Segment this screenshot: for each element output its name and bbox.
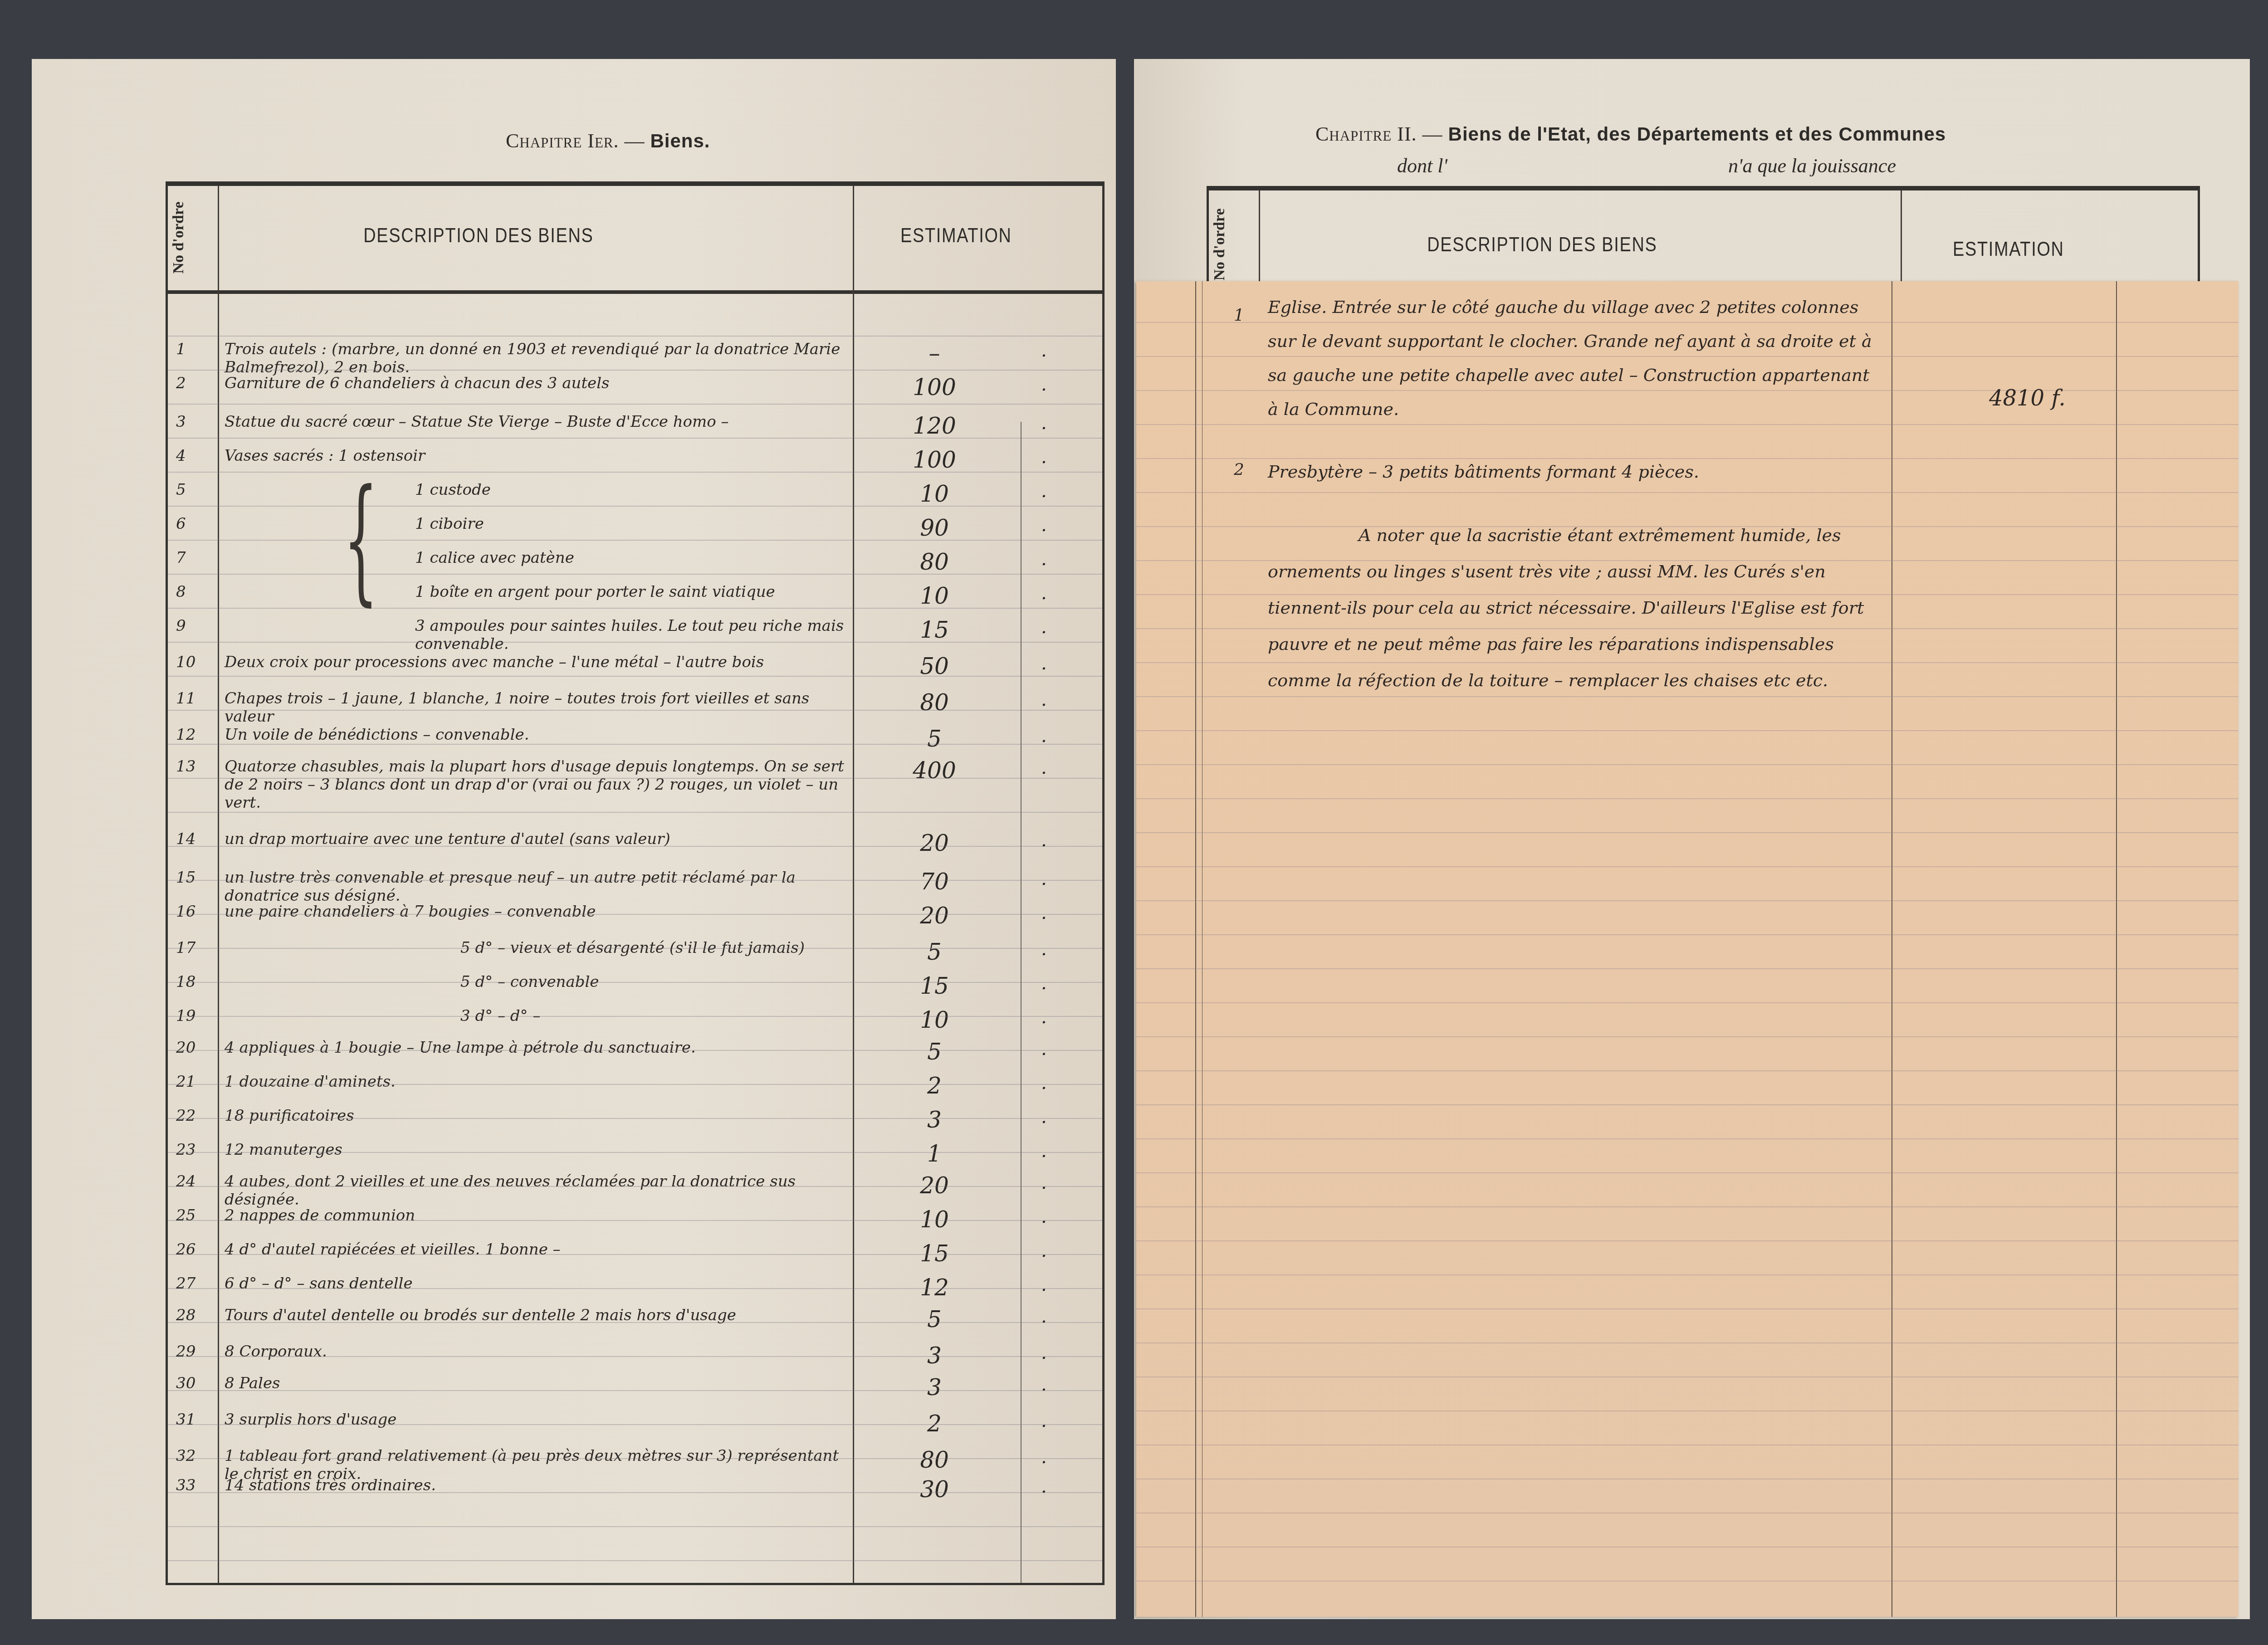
ruling-line [168,1458,1102,1459]
brace-mark: { [343,472,378,608]
ruling-line [168,1016,1102,1017]
ruling-line [168,1152,1102,1153]
ruling-line [168,982,1102,983]
ruling-line [168,676,1102,677]
row-description: un drap mortuaire avec une tenture d'aut… [225,830,846,848]
row-estimation: – [875,340,993,366]
row-estimation: 10 [875,583,993,609]
row-estimation: 15 [875,1240,993,1267]
ruling-line [168,1186,1102,1187]
row-cents-mark: . [1041,1476,1047,1497]
ruling-line [1136,866,2239,867]
left-page: Chapitre Ier. — Biens. No d'ordre DESCRI… [32,59,1116,1619]
sheet-row-2-number: 2 [1234,460,1244,479]
row-number: 31 [176,1411,196,1429]
row-cents-mark: . [1041,757,1047,778]
row-description: 8 Pales [225,1374,846,1392]
row-estimation: 10 [875,1007,993,1033]
row-cents-mark: . [1041,1306,1047,1327]
row-cents-mark: . [1041,340,1047,361]
ruling-line [168,1084,1102,1085]
row-number: 27 [176,1274,196,1293]
row-estimation: 15 [875,617,993,643]
ruling-line [168,846,1102,847]
ruling-line [168,1118,1102,1119]
row-cents-mark: . [1041,617,1047,638]
row-description: Deux croix pour processions avec manche … [225,653,846,671]
row-description: Vases sacrés : 1 ostensoir [225,447,846,465]
row-estimation: 90 [875,515,993,541]
row-cents-mark: . [1041,1073,1047,1093]
row-number: 13 [176,757,196,776]
ruling-line [1136,1445,2239,1445]
row-description: 4 appliques à 1 bougie – Une lampe à pét… [225,1039,846,1057]
ruling-line [1136,492,2239,493]
row-number: 24 [176,1172,196,1191]
row-cents-mark: . [1041,374,1047,395]
ruling-line [1136,1377,2239,1377]
row-description: 2 nappes de communion [225,1206,846,1225]
row-number: 2 [176,374,186,392]
ruling-line [168,1220,1102,1221]
row-cents-mark: . [1041,869,1047,889]
row-description: une paire chandeliers à 7 bougies – conv… [225,903,846,921]
ruling-line [168,1322,1102,1323]
ruling-line [168,1424,1102,1425]
row-cents-mark: . [1041,1007,1047,1028]
row-cents-mark: . [1041,1411,1047,1431]
table-header: No d'ordre DESCRIPTION DES BIENS ESTIMAT… [168,186,1102,294]
header-estimation: ESTIMATION [1953,238,2064,261]
sheet-row-1-description: Eglise. Entrée sur le côté gauche du vil… [1268,290,1885,426]
chapter-1-prefix: Chapitre Ier. — [506,130,645,152]
row-number: 28 [176,1306,196,1324]
row-description: Quatorze chasubles, mais la plupart hors… [225,757,846,812]
column-divider [853,186,854,1583]
row-number: 14 [176,830,196,848]
row-number: 15 [176,869,196,887]
sheet-row-1-number: 1 [1234,306,1244,325]
row-estimation: 10 [875,1206,993,1233]
row-estimation: 20 [875,1172,993,1199]
ruling-line [1136,968,2239,969]
row-number: 29 [176,1342,196,1361]
header-number: No d'ordre [170,202,187,274]
ruling-line [168,914,1102,915]
row-number: 23 [176,1141,196,1159]
row-cents-mark: . [1041,1274,1047,1295]
row-description: 8 Corporaux. [225,1342,846,1361]
row-cents-mark: . [1041,413,1047,434]
row-cents-mark: . [1041,1374,1047,1395]
chapter-1-heading: Biens. [650,130,710,151]
row-estimation: 5 [875,1306,993,1333]
row-description: 1 boîte en argent pour porter le saint v… [415,583,846,601]
row-description: 4 d° d'autel rapiécées et vieilles. 1 bo… [225,1240,846,1259]
ruling-line [1136,934,2239,935]
row-number: 20 [176,1039,196,1057]
row-cents-mark: . [1041,1039,1047,1059]
subtitle-right: n'a que la jouissance [1728,154,1896,177]
row-cents-mark: . [1041,1172,1047,1193]
row-description: Garniture de 6 chandeliers à chacun des … [225,374,846,392]
ruling-line [1136,1513,2239,1513]
ruling-line [168,1390,1102,1391]
ruling-line [168,1560,1102,1561]
row-cents-mark: . [1041,549,1047,570]
row-cents-mark: . [1041,653,1047,674]
row-estimation: 5 [875,1039,993,1065]
row-estimation: 3 [875,1342,993,1369]
row-estimation: 20 [875,903,993,929]
row-estimation: 70 [875,869,993,895]
row-estimation: 100 [875,447,993,473]
row-description: Trois autels : (marbre, un donné en 1903… [225,340,846,376]
row-number: 22 [176,1107,196,1125]
row-cents-mark: . [1041,481,1047,502]
header-description: DESCRIPTION DES BIENS [1427,234,1657,256]
row-description: 3 ampoules pour saintes huiles. Le tout … [415,617,846,653]
row-estimation: 15 [875,973,993,999]
chapter-2-prefix: Chapitre II. — [1315,123,1443,145]
ruling-line [1136,1274,2239,1275]
row-estimation: 20 [875,830,993,856]
row-cents-mark: . [1041,973,1047,994]
sheet-row-2-description: Presbytère – 3 petits bâtiments formant … [1268,454,1885,490]
row-number: 1 [176,340,186,358]
column-divider [218,186,219,1583]
ruling-line [1136,1002,2239,1003]
row-cents-mark: . [1041,1447,1047,1468]
row-description: 18 purificatoires [225,1107,846,1125]
row-cents-mark: . [1041,689,1047,710]
ruling-line [168,370,1102,371]
ruling-line [168,404,1102,405]
column-divider [1021,422,1022,1583]
ruling-line [1136,1342,2239,1343]
ruling-line [168,710,1102,711]
row-description: 12 manuterges [225,1141,846,1159]
row-cents-mark: . [1041,939,1047,960]
row-estimation: 10 [875,481,993,507]
biens-table: No d'ordre DESCRIPTION DES BIENS ESTIMAT… [166,181,1105,1585]
row-estimation: 120 [875,413,993,439]
row-description: 1 custode [415,481,846,499]
row-description: 4 aubes, dont 2 vieilles et une des neuv… [225,1172,846,1209]
row-estimation: 100 [875,374,993,400]
row-number: 26 [176,1240,196,1259]
ruling-line [168,812,1102,813]
ruling-line [1136,1308,2239,1309]
chapter-2-title: Chapitre II. — Biens de l'Etat, des Dépa… [1315,122,1946,146]
ruling-line [168,1526,1102,1527]
ruling-line [1136,1581,2239,1582]
subtitle-left: dont l' [1397,154,1447,177]
row-description: 1 douzaine d'aminets. [225,1073,846,1091]
row-number: 16 [176,903,196,921]
attached-sheet: 1 Eglise. Entrée sur le côté gauche du v… [1136,281,2239,1617]
row-estimation: 2 [875,1073,993,1099]
ruling-line [1136,1036,2239,1037]
header-estimation: ESTIMATION [900,225,1012,247]
row-description: 14 stations très ordinaires. [225,1476,846,1494]
ruling-line [1136,832,2239,833]
ruling-line [168,744,1102,745]
row-estimation: 30 [875,1476,993,1503]
row-estimation: 80 [875,689,993,716]
row-description: un lustre très convenable et presque neu… [225,869,846,905]
ruling-line [1136,1411,2239,1411]
ruling-line [1136,900,2239,901]
row-number: 25 [176,1206,196,1225]
row-estimation: 3 [875,1374,993,1401]
row-estimation: 1 [875,1141,993,1167]
row-number: 10 [176,653,196,671]
row-estimation: 400 [875,757,993,784]
row-cents-mark: . [1041,515,1047,536]
row-description: 1 ciboire [415,515,846,533]
ruling-line [168,336,1102,337]
ruling-line [168,948,1102,949]
row-estimation: 5 [875,939,993,965]
ruling-line [1136,798,2239,799]
row-estimation: 2 [875,1411,993,1437]
row-estimation: 80 [875,1447,993,1473]
row-cents-mark: . [1041,1141,1047,1162]
ruling-line [168,1288,1102,1289]
row-cents-mark: . [1041,830,1047,851]
row-number: 21 [176,1073,196,1091]
row-number: 12 [176,726,196,744]
row-description: Chapes trois – 1 jaune, 1 blanche, 1 noi… [225,689,846,726]
sheet-margin-line [1202,281,1202,1617]
row-number: 4 [176,447,186,465]
ruling-line [168,608,1102,609]
header-description: DESCRIPTION DES BIENS [363,225,593,247]
ruling-line [168,574,1102,575]
ruling-line [168,1050,1102,1051]
row-cents-mark: . [1041,447,1047,468]
row-estimation: 12 [875,1274,993,1301]
row-estimation: 80 [875,549,993,575]
row-cents-mark: . [1041,583,1047,604]
row-cents-mark: . [1041,1342,1047,1363]
ruling-line [168,642,1102,643]
ruling-line [1136,1240,2239,1241]
row-description: Un voile de bénédictions – convenable. [225,726,846,744]
ruling-line [168,1254,1102,1255]
ruling-line [168,778,1102,779]
ruling-line [168,880,1102,881]
sheet-column-line [2116,281,2117,1617]
row-description: 6 d° – d° – sans dentelle [225,1274,846,1293]
sheet-margin-line [1195,281,1196,1617]
sheet-note: A noter que la sacristie étant extrêmeme… [1268,517,1885,698]
sheet-row-1-estimation: 4810 f. [1989,386,2066,411]
ruling-line [168,1356,1102,1357]
row-number: 11 [176,689,196,708]
row-estimation: 3 [875,1107,993,1133]
row-number: 32 [176,1447,196,1465]
row-cents-mark: . [1041,1240,1047,1261]
row-number: 33 [176,1476,196,1494]
ruling-line [168,540,1102,541]
row-cents-mark: . [1041,903,1047,923]
row-description: Tours d'autel dentelle ou brodés sur den… [225,1306,846,1324]
row-description: 3 surplis hors d'usage [225,1411,846,1429]
ruling-line [1136,1479,2239,1479]
row-number: 30 [176,1374,196,1392]
ruling-line [168,438,1102,439]
ruling-line [168,506,1102,507]
row-estimation: 5 [875,726,993,752]
row-description: Statue du sacré cœur – Statue Ste Vierge… [225,413,846,431]
ruling-line [1136,764,2239,765]
row-number: 7 [176,549,186,567]
row-cents-mark: . [1041,1206,1047,1227]
row-number: 8 [176,583,186,601]
row-cents-mark: . [1041,1107,1047,1128]
row-number: 5 [176,481,186,499]
row-number: 9 [176,617,186,635]
ruling-line [1136,1172,2239,1173]
chapter-1-title: Chapitre Ier. — Biens. [506,129,710,152]
sheet-column-line [1892,281,1892,1617]
row-description: 1 calice avec patène [415,549,846,567]
ruling-line [1136,1547,2239,1547]
ruling-line [1136,1138,2239,1139]
ruling-line [1136,730,2239,731]
row-number: 3 [176,413,186,431]
chapter-2-heading: Biens de l'Etat, des Départements et des… [1448,123,1946,145]
ruling-line [1136,1070,2239,1071]
ruling-line [168,472,1102,473]
ruling-line [168,1492,1102,1493]
ruling-line [1136,1206,2239,1207]
ruling-line [1136,1104,2239,1105]
row-number: 6 [176,515,186,533]
header-number: No d'ordre [1211,209,1228,281]
